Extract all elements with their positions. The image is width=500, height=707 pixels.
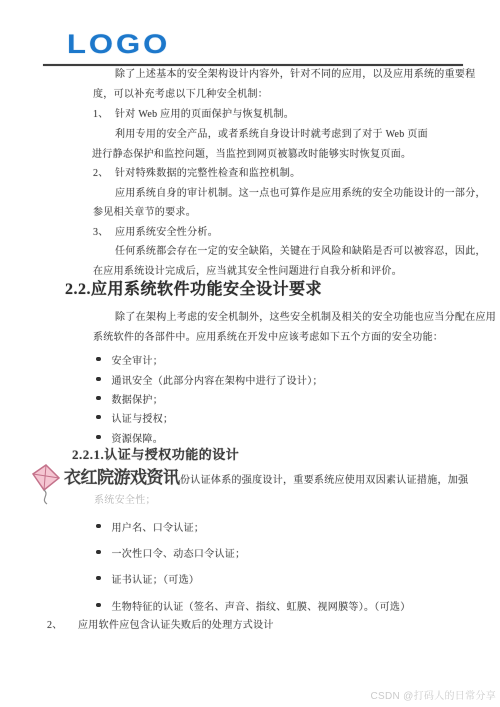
section-heading-2-2: 2.2.应用系统软件功能安全设计要求 xyxy=(65,281,322,299)
watermark-text: 衣红院游戏资讯 xyxy=(64,468,180,488)
bullet-item: 证书认证；（可选） xyxy=(96,570,199,588)
item-text: 应用系统安全性分析。 xyxy=(115,227,218,238)
paragraph-line: 度，可以补充考虑以下几种安全机制： xyxy=(93,88,268,102)
bullet-item: 生物特征的认证（签名、声音、指纹、虹膜、视网膜等）。（可选） xyxy=(96,597,411,615)
bullet-item: 数据保护； xyxy=(96,390,163,408)
numbered-item-3: 3、应用系统安全性分析。 xyxy=(93,226,218,240)
bullet-dot-icon xyxy=(96,524,101,529)
bullet-dot-icon xyxy=(96,435,101,440)
header-rule xyxy=(43,64,463,66)
numbered-item-1: 1、针对 Web 应用的页面保护与恢复机制。 xyxy=(93,108,294,122)
bullet-item: 安全审计； xyxy=(96,351,163,369)
bullet-item: 一次性口令、动态口令认证； xyxy=(96,544,245,562)
bullet-dot-icon xyxy=(96,550,101,555)
item-number: 3、 xyxy=(93,226,115,240)
bullet-dot-icon xyxy=(96,357,101,362)
bullet-item: 用户名、口令认证； xyxy=(96,518,204,536)
paragraph-line: 利用专用的安全产品，或者系统自身设计时就考虑到了对于 Web 页面 xyxy=(115,128,428,142)
paragraph-line-faded: 系统安全性； xyxy=(94,494,156,508)
bullet-item: 资源保障。 xyxy=(96,429,163,447)
document-page: LOGO 除了上述基本的安全架构设计内容外，针对不同的应用，以及应用系统的重要程… xyxy=(0,0,500,707)
bullet-dot-icon xyxy=(96,396,101,401)
logo: LOGO xyxy=(67,31,170,57)
bullet-item: 通讯安全（此部分内容在架构中进行了设计）； xyxy=(96,371,323,389)
item-text: 针对 Web 应用的页面保护与恢复机制。 xyxy=(115,109,294,120)
bullet-item: 认证与授权； xyxy=(96,409,173,427)
paragraph-line-partially-covered: 份认证体系的强度设计，重要系统应使用双因素认证措施，加强 xyxy=(180,474,468,488)
numbered-item-2-bottom: 2、应用软件应包含认证失败后的处理方式设计 xyxy=(47,619,274,633)
paragraph-line: 进行静态保护和监控问题，当监控到网页被篡改时能够实时恢复页面。 xyxy=(92,148,411,162)
paragraph-line: 参见相关章节的要求。 xyxy=(93,206,196,220)
bullet-dot-icon xyxy=(96,415,101,420)
item-text: 应用软件应包含认证失败后的处理方式设计 xyxy=(78,620,274,631)
csdn-credit: CSDN @打码人的日常分享 xyxy=(371,687,496,702)
bullet-dot-icon xyxy=(96,603,101,608)
bullet-dot-icon xyxy=(96,576,101,581)
paragraph-line: 应用系统自身的审计机制。这一点也可算作是应用系统的安全功能设计的一部分， xyxy=(115,187,486,201)
paragraph-line: 除了在架构上考虑的安全机制外，这些安全机制及相关的安全功能也应当分配在应用 xyxy=(115,311,496,325)
paragraph-line: 系统软件的各部件中。应用系统在开发中应该考虑如下五个方面的安全功能： xyxy=(93,331,443,345)
paragraph-line: 任何系统都会存在一定的安全缺陷，关键在于风险和缺陷是否可以被容忍，因此， xyxy=(115,245,486,259)
paragraph-line: 除了上述基本的安全架构设计内容外，针对不同的应用，以及应用系统的重要程 xyxy=(115,68,476,82)
item-number: 2、 xyxy=(93,167,115,181)
item-text: 针对特殊数据的完整性检查和监控机制。 xyxy=(115,168,300,179)
item-number: 1、 xyxy=(93,108,115,122)
kite-icon xyxy=(30,463,64,510)
item-number: 2、 xyxy=(47,619,78,633)
numbered-item-2: 2、针对特殊数据的完整性检查和监控机制。 xyxy=(93,167,300,181)
paragraph-line: 在应用系统设计完成后，应当就其安全性问题进行自我分析和评价。 xyxy=(93,265,402,279)
bullet-dot-icon xyxy=(96,377,101,382)
